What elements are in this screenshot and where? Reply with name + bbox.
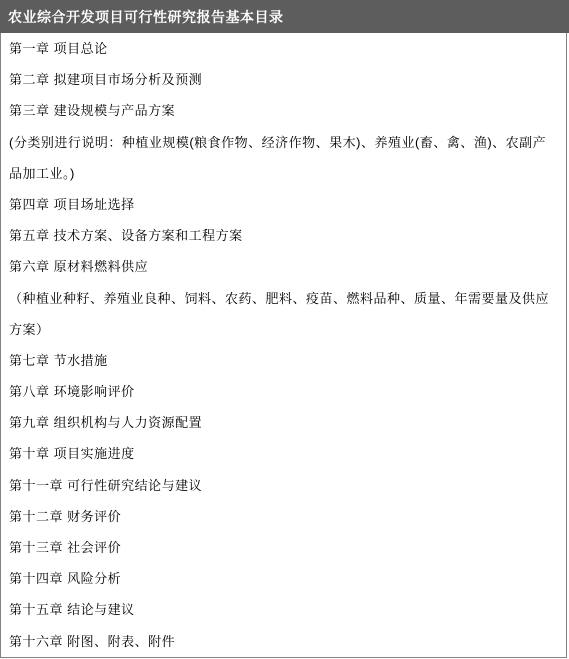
toc-line: 第十四章 风险分析 [1,563,566,594]
toc-line: 第四章 项目场址选择 [1,189,566,220]
toc-line: 第三章 建设规模与产品方案 [1,95,566,126]
toc-line: 第十三章 社会评价 [1,532,566,563]
toc-line: 第一章 项目总论 [1,33,566,64]
toc-line: 方案） [1,314,566,345]
toc-line: 品加工业。) [1,158,566,189]
toc-line: 第十六章 附图、附表、附件 [1,626,566,657]
toc-line: （种植业种籽、养殖业良种、饲料、农药、肥料、疫苗、燃料品种、质量、年需要量及供应 [1,283,566,314]
toc-line: 第十一章 可行性研究结论与建议 [1,470,566,501]
toc-line: 第六章 原材料燃料供应 [1,251,566,282]
toc-line: 第七章 节水措施 [1,345,566,376]
toc-line: 第五章 技术方案、设备方案和工程方案 [1,220,566,251]
toc-line: 第八章 环境影响评价 [1,376,566,407]
feasibility-report-toc-document: 农业综合开发项目可行性研究报告基本目录 第一章 项目总论第二章 拟建项目市场分析… [0,0,569,659]
toc-line: 第十五章 结论与建议 [1,594,566,625]
toc-line: 第十二章 财务评价 [1,501,566,532]
document-header-bar: 农业综合开发项目可行性研究报告基本目录 [0,0,569,33]
toc-line: (分类别进行说明：种植业规模(粮食作物、经济作物、果木)、养殖业(畜、禽、渔)、… [1,127,566,158]
toc-line: 第十章 项目实施进度 [1,438,566,469]
toc-line: 第二章 拟建项目市场分析及预测 [1,64,566,95]
page-title: 农业综合开发项目可行性研究报告基本目录 [8,7,284,27]
toc-line: 第九章 组织机构与人力资源配置 [1,407,566,438]
toc-body: 第一章 项目总论第二章 拟建项目市场分析及预测第三章 建设规模与产品方案(分类别… [0,33,567,658]
toc-line-list: 第一章 项目总论第二章 拟建项目市场分析及预测第三章 建设规模与产品方案(分类别… [1,33,566,657]
